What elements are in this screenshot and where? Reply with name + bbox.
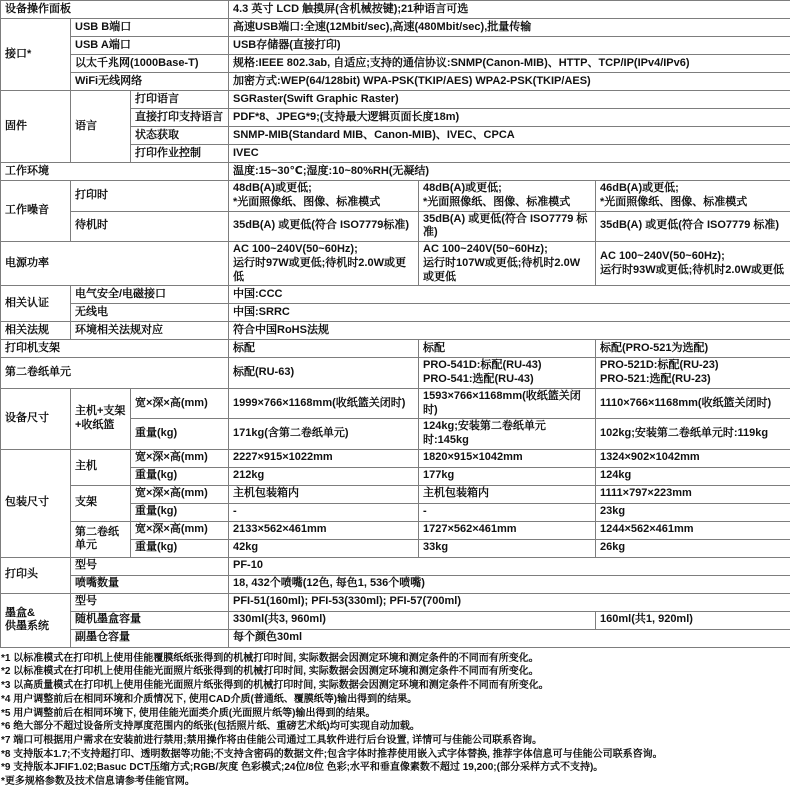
label-printhead: 打印头: [1, 557, 71, 593]
label-weight: 重量(kg): [131, 467, 229, 485]
spec-value: 48dB(A)或更低; *光面照像纸、图像、标准模式: [419, 181, 596, 212]
label-ink-model: 型号: [71, 593, 229, 611]
label-printhead-model: 型号: [71, 557, 229, 575]
row-stand: 打印机支架 标配 标配 标配(PRO-521为选配): [1, 340, 790, 358]
spec-value: 26kg: [596, 539, 790, 557]
row-package-roll-dim: 第二卷纸 单元 宽×深×高(mm) 2133×562×461mm 1727×56…: [1, 521, 790, 539]
row-ink-subtank: 副墨仓容量 每个颜色30ml: [1, 629, 790, 647]
label-ethernet: 以太千兆网(1000Base-T): [71, 55, 229, 73]
spec-value: 102kg;安装第二卷纸单元时:119kg: [596, 419, 790, 450]
row-ink-bundled: 随机墨盒容量 330ml(共3, 960ml) 160ml(共1, 920ml): [1, 611, 790, 629]
row-ethernet: 以太千兆网(1000Base-T) 规格:IEEE 802.3ab, 自适应;支…: [1, 55, 790, 73]
spec-value: 主机包装箱内: [419, 485, 596, 503]
label-device-size-group: 主机+支架 +收纸篮: [71, 388, 131, 449]
footnote: *6 绝大部分不超过设备所支持厚度范围内的纸张(包括照片纸、重磅艺术纸)均可实现…: [1, 720, 788, 734]
label-stand: 打印机支架: [1, 340, 229, 358]
spec-value: 177kg: [419, 467, 596, 485]
spec-value: 1727×562×461mm: [419, 521, 596, 539]
label-package-stand: 支架: [71, 485, 131, 521]
row-power: 电源功率 AC 100~240V(50~60Hz); 运行时97W或更低;待机时…: [1, 242, 790, 286]
spec-value: SNMP-MIB(Standard MIB、Canon-MIB)、IVEC、CP…: [229, 127, 790, 145]
footnote: *3 以高质量模式在打印机上使用佳能光面照片纸张得到的机械打印时间, 实际数据会…: [1, 679, 788, 693]
spec-value: IVEC: [229, 145, 790, 163]
spec-value: 212kg: [229, 467, 419, 485]
label-weight: 重量(kg): [131, 539, 229, 557]
spec-value: 1999×766×1168mm(收纸篮关闭时): [229, 388, 419, 419]
label-package-size: 包装尺寸: [1, 449, 71, 557]
spec-value: 2227×915×1022mm: [229, 449, 419, 467]
spec-value: 35dB(A) 或更低(符合 ISO7779标准): [229, 211, 419, 242]
spec-value: 符合中国RoHS法规: [229, 322, 790, 340]
spec-value: 33kg: [419, 539, 596, 557]
spec-value: 160ml(共1, 920ml): [596, 611, 790, 629]
label-weight: 重量(kg): [131, 503, 229, 521]
row-device-panel: 设备操作面板 4.3 英寸 LCD 触摸屏(含机械按键);21种语言可选: [1, 1, 790, 19]
spec-value: 规格:IEEE 802.3ab, 自适应;支持的通信协议:SNMP(Canon-…: [229, 55, 790, 73]
label-cert-electrical: 电气安全/电磁接口: [71, 286, 229, 304]
spec-value: 35dB(A) 或更低(符合 ISO7779 标准): [596, 211, 790, 242]
spec-value: 标配(PRO-521为选配): [596, 340, 790, 358]
spec-value: 2133×562×461mm: [229, 521, 419, 539]
spec-value: 18, 432个喷嘴(12色, 每色1, 536个喷嘴): [229, 575, 790, 593]
spec-value: 标配: [419, 340, 596, 358]
label-certification: 相关认证: [1, 286, 71, 322]
spec-value: 1593×766×1168mm(收纸篮关闭时): [419, 388, 596, 419]
label-power: 电源功率: [1, 242, 229, 286]
footnote: *2 以标准模式在打印机上使用佳能光面照片纸张得到的机械打印时间, 实际数据会因…: [1, 665, 788, 679]
spec-value: 1820×915×1042mm: [419, 449, 596, 467]
label-dimensions: 宽×深×高(mm): [131, 388, 229, 419]
spec-value: 1111×797×223mm: [596, 485, 790, 503]
spec-value: 48dB(A)或更低; *光面照像纸、图像、标准模式: [229, 181, 419, 212]
row-device-size-dim: 设备尺寸 主机+支架 +收纸篮 宽×深×高(mm) 1999×766×1168m…: [1, 388, 790, 419]
label-print-language: 打印语言: [131, 91, 229, 109]
spec-value: SGRaster(Swift Graphic Raster): [229, 91, 790, 109]
spec-value: PF-10: [229, 557, 790, 575]
spec-value: 46dB(A)或更低; *光面照像纸、图像、标准模式: [596, 181, 790, 212]
label-second-roll: 第二卷纸单元: [1, 358, 229, 389]
spec-value: PFI-51(160ml); PFI-53(330ml); PFI-57(700…: [229, 593, 790, 611]
spec-value: 1244×562×461mm: [596, 521, 790, 539]
spec-value: 加密方式:WEP(64/128bit) WPA-PSK(TKIP/AES) WP…: [229, 73, 790, 91]
label-dimensions: 宽×深×高(mm): [131, 521, 229, 539]
label-ink-bundled: 随机墨盒容量: [71, 611, 229, 629]
spec-value: 每个颜色30ml: [229, 629, 790, 647]
spec-value: -: [419, 503, 596, 521]
footnote: *4 用户调整前后在相同环境和介质情况下, 使用CAD介质(普通纸、覆膜纸等)输…: [1, 693, 788, 707]
spec-value: 标配: [229, 340, 419, 358]
spec-value: 温度:15~30℃;湿度:10~80%RH(无凝结): [229, 163, 790, 181]
label-weight: 重量(kg): [131, 419, 229, 450]
label-firmware: 固件: [1, 91, 71, 163]
spec-value: 330ml(共3, 960ml): [229, 611, 596, 629]
footnote: *更多规格参数及技术信息请参考佳能官网。: [1, 775, 788, 789]
row-ink-model: 墨盒& 供墨系统 型号 PFI-51(160ml); PFI-53(330ml)…: [1, 593, 790, 611]
label-status-acquisition: 状态获取: [131, 127, 229, 145]
footnote: *5 用户调整前后在相同环境下, 使用佳能光面类介质(光面照片纸等)输出得到的结…: [1, 707, 788, 721]
row-usb-a: USB A端口 USB存储器(直接打印): [1, 37, 790, 55]
label-ink-subtank: 副墨仓容量: [71, 629, 229, 647]
label-regulation: 相关法规: [1, 322, 71, 340]
spec-value: 高速USB端口:全速(12Mbit/sec),高速(480Mbit/sec),批…: [229, 19, 790, 37]
spec-value: 1110×766×1168mm(收纸篮关闭时): [596, 388, 790, 419]
spec-value: USB存储器(直接打印): [229, 37, 790, 55]
spec-value: 124kg;安装第二卷纸单元时:145kg: [419, 419, 596, 450]
spec-value: 中国:CCC: [229, 286, 790, 304]
label-regulation-env: 环境相关法规对应: [71, 322, 229, 340]
label-package-main: 主机: [71, 449, 131, 485]
label-cert-radio: 无线电: [71, 304, 229, 322]
footnote: *7 端口可根据用户需求在安装前进行禁用;禁用操作将由佳能公司通过工具软件进行后…: [1, 734, 788, 748]
label-usb-a: USB A端口: [71, 37, 229, 55]
row-cert-electrical: 相关认证 电气安全/电磁接口 中国:CCC: [1, 286, 790, 304]
spec-value: 主机包装箱内: [229, 485, 419, 503]
spec-value: 35dB(A) 或更低(符合 ISO7779 标准): [419, 211, 596, 242]
spec-value: PDF*8、JPEG*9;(支持最大逻辑页面长度18m): [229, 109, 790, 127]
row-wifi: WiFi无线网络 加密方式:WEP(64/128bit) WPA-PSK(TKI…: [1, 73, 790, 91]
spec-value: 42kg: [229, 539, 419, 557]
label-ink-system: 墨盒& 供墨系统: [1, 593, 71, 647]
spec-value: AC 100~240V(50~60Hz); 运行时107W或更低;待机时2.0W…: [419, 242, 596, 286]
row-environment: 工作环境 温度:15~30℃;湿度:10~80%RH(无凝结): [1, 163, 790, 181]
footnote: *8 支持版本1.7;不支持超打印、透明数据等功能;不支持含密码的数据文件;包含…: [1, 748, 788, 762]
label-nozzle-count: 喷嘴数量: [71, 575, 229, 593]
label-environment: 工作环境: [1, 163, 229, 181]
row-usb-b: 接口* USB B端口 高速USB端口:全速(12Mbit/sec),高速(48…: [1, 19, 790, 37]
label-interface: 接口*: [1, 19, 71, 91]
label-package-second-roll: 第二卷纸 单元: [71, 521, 131, 557]
row-printhead-nozzles: 喷嘴数量 18, 432个喷嘴(12色, 每色1, 536个喷嘴): [1, 575, 790, 593]
spec-value: 23kg: [596, 503, 790, 521]
footnote: *1 以标准模式在打印机上使用佳能覆膜纸纸张得到的机械打印时间, 实际数据会因测…: [1, 652, 788, 666]
label-wifi: WiFi无线网络: [71, 73, 229, 91]
spec-value: 124kg: [596, 467, 790, 485]
footnote: *9 支持版本JFIF1.02;Basuc DCT压缩方式;RGB/灰度 色彩模…: [1, 761, 788, 775]
label-language-group: 语言: [71, 91, 131, 163]
spec-value: PRO-521D:标配(RU-23) PRO-521:选配(RU-23): [596, 358, 790, 389]
row-second-roll: 第二卷纸单元 标配(RU-63) PRO-541D:标配(RU-43) PRO-…: [1, 358, 790, 389]
spec-value: 标配(RU-63): [229, 358, 419, 389]
row-package-stand-dim: 支架 宽×深×高(mm) 主机包装箱内 主机包装箱内 1111×797×223m…: [1, 485, 790, 503]
row-print-language: 固件 语言 打印语言 SGRaster(Swift Graphic Raster…: [1, 91, 790, 109]
label-dimensions: 宽×深×高(mm): [131, 485, 229, 503]
label-device-panel: 设备操作面板: [1, 1, 229, 19]
spec-value: 4.3 英寸 LCD 触摸屏(含机械按键);21种语言可选: [229, 1, 790, 19]
row-printhead-model: 打印头 型号 PF-10: [1, 557, 790, 575]
row-noise-standby: 待机时 35dB(A) 或更低(符合 ISO7779标准) 35dB(A) 或更…: [1, 211, 790, 242]
label-usb-b: USB B端口: [71, 19, 229, 37]
printer-spec-table: 设备操作面板 4.3 英寸 LCD 触摸屏(含机械按键);21种语言可选 接口*…: [0, 0, 790, 648]
spec-value: 171kg(含第二卷纸单元): [229, 419, 419, 450]
spec-value: -: [229, 503, 419, 521]
row-noise-printing: 工作噪音 打印时 48dB(A)或更低; *光面照像纸、图像、标准模式 48dB…: [1, 181, 790, 212]
label-noise-printing: 打印时: [71, 181, 229, 212]
spec-value: 1324×902×1042mm: [596, 449, 790, 467]
label-dimensions: 宽×深×高(mm): [131, 449, 229, 467]
label-noise-standby: 待机时: [71, 211, 229, 242]
spec-value: PRO-541D:标配(RU-43) PRO-541:选配(RU-43): [419, 358, 596, 389]
footnotes: *1 以标准模式在打印机上使用佳能覆膜纸纸张得到的机械打印时间, 实际数据会因测…: [0, 648, 790, 789]
spec-value: 中国:SRRC: [229, 304, 790, 322]
row-cert-radio: 无线电 中国:SRRC: [1, 304, 790, 322]
label-device-size: 设备尺寸: [1, 388, 71, 449]
label-noise: 工作噪音: [1, 181, 71, 242]
row-regulation: 相关法规 环境相关法规对应 符合中国RoHS法规: [1, 322, 790, 340]
row-package-main-dim: 包装尺寸 主机 宽×深×高(mm) 2227×915×1022mm 1820×9…: [1, 449, 790, 467]
spec-value: AC 100~240V(50~60Hz); 运行时93W或更低;待机时2.0W或…: [596, 242, 790, 286]
label-direct-print-language: 直接打印支持语言: [131, 109, 229, 127]
label-job-control: 打印作业控制: [131, 145, 229, 163]
spec-value: AC 100~240V(50~60Hz); 运行时97W或更低;待机时2.0W或…: [229, 242, 419, 286]
